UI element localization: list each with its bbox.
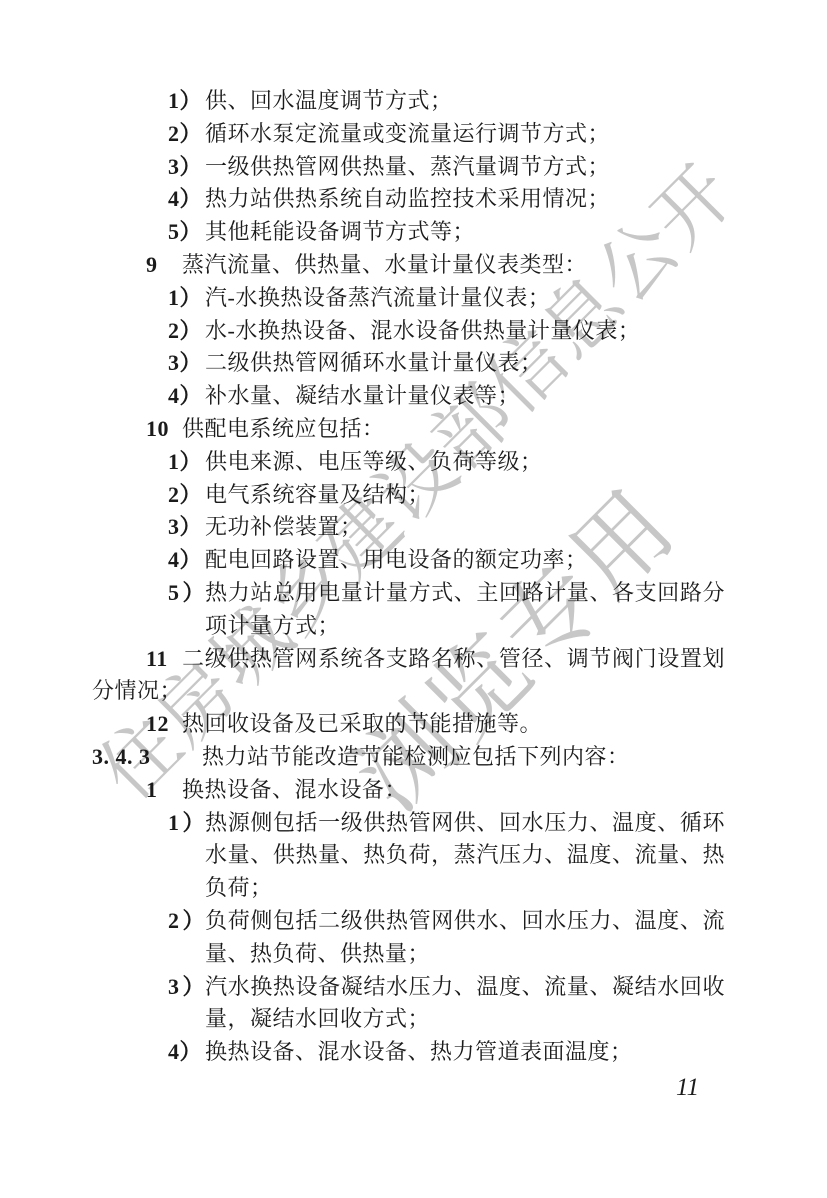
item-number: 1） [168, 807, 205, 840]
line-text: 一级供热管网供热量、蒸汽量调节方式； [205, 154, 610, 179]
doc-line: 4）补水量、凝结水量计量仪表等； [92, 380, 725, 413]
line-text: 补水量、凝结水量计量仪表等； [205, 383, 520, 408]
doc-line: 4）配电回路设置、用电设备的额定功率； [92, 544, 725, 577]
item-number: 2） [168, 479, 205, 512]
item-number: 4） [168, 544, 205, 577]
line-text: 其他耗能设备调节方式等； [205, 219, 475, 244]
item-number: 11 [146, 643, 182, 676]
item-number: 2） [168, 315, 205, 348]
doc-line: 分情况； [92, 675, 725, 708]
doc-line: 12热回收设备及已采取的节能措施等。 [92, 708, 725, 741]
item-number: 3） [168, 151, 205, 184]
doc-line: 11二级供热管网系统各支路名称、管径、调节阀门设置划 [92, 643, 725, 676]
doc-line: 项计量方式； [92, 610, 725, 643]
line-text: 循环水泵定流量或变流量运行调节方式； [205, 121, 610, 146]
line-text: 热力站总用电量计量方式、主回路计量、各支回路分 [205, 580, 725, 605]
item-number: 12 [146, 708, 182, 741]
doc-line: 2）负荷侧包括二级供热管网供水、回水压力、温度、流 [92, 905, 725, 938]
line-text: 热力站供热系统自动监控技术采用情况； [205, 186, 610, 211]
item-number: 1） [168, 282, 205, 315]
doc-line: 9蒸汽流量、供热量、水量计量仪表类型： [92, 249, 725, 282]
clause-text-block: 1）供、回水温度调节方式； 2）循环水泵定流量或变流量运行调节方式； 3）一级供… [92, 85, 725, 1069]
line-text: 电气系统容量及结构； [205, 482, 430, 507]
line-text: 无功补偿装置； [205, 514, 363, 539]
line-text: 汽水换热设备凝结水压力、温度、流量、凝结水回收 [205, 974, 725, 999]
line-text: 配电回路设置、用电设备的额定功率； [205, 547, 588, 572]
doc-line: 3）汽水换热设备凝结水压力、温度、流量、凝结水回收 [92, 971, 725, 1004]
doc-line: 3）无功补偿装置； [92, 511, 725, 544]
line-text: 换热设备、混水设备、热力管道表面温度； [205, 1039, 633, 1064]
doc-line: 5）热力站总用电量计量方式、主回路计量、各支回路分 [92, 577, 725, 610]
doc-line: 1）供电来源、电压等级、负荷等级； [92, 446, 725, 479]
item-number: 9 [146, 249, 182, 282]
item-number: 5） [168, 577, 205, 610]
item-number: 1） [168, 446, 205, 479]
line-text: 供、回水温度调节方式； [205, 88, 453, 113]
line-text: 量、热负荷、供热量； [205, 941, 430, 966]
page-number: 11 [676, 1074, 724, 1102]
item-number: 4） [168, 183, 205, 216]
item-number: 5） [168, 216, 205, 249]
doc-line: 负荷； [92, 872, 725, 905]
item-number: 3） [168, 511, 205, 544]
line-text: 水-水换热设备、混水设备供热量计量仪表； [205, 318, 640, 343]
line-text: 二级供热管网循环水量计量仪表； [205, 350, 543, 375]
doc-line: 10供配电系统应包括： [92, 413, 725, 446]
doc-line: 4）换热设备、混水设备、热力管道表面温度； [92, 1036, 725, 1069]
line-text: 汽-水换热设备蒸汽流量计量仪表； [205, 285, 550, 310]
doc-line: 量，凝结水回收方式； [92, 1003, 725, 1036]
doc-line: 1）供、回水温度调节方式； [92, 85, 725, 118]
doc-line: 水量、供热量、热负荷，蒸汽压力、温度、流量、热 [92, 839, 725, 872]
line-text: 项计量方式； [205, 613, 340, 638]
item-number: 2） [168, 118, 205, 151]
doc-line: 2）电气系统容量及结构； [92, 479, 725, 512]
line-text: 热力站节能改造节能检测应包括下列内容： [202, 744, 630, 769]
line-text: 供电来源、电压等级、负荷等级； [205, 449, 543, 474]
doc-line: 1换热设备、混水设备： [92, 774, 725, 807]
doc-line: 5）其他耗能设备调节方式等； [92, 216, 725, 249]
item-number: 3） [168, 347, 205, 380]
line-text: 二级供热管网系统各支路名称、管径、调节阀门设置划 [182, 646, 725, 671]
line-text: 换热设备、混水设备： [182, 777, 407, 802]
line-text: 蒸汽流量、供热量、水量计量仪表类型： [182, 252, 587, 277]
doc-line: 2）水-水换热设备、混水设备供热量计量仪表； [92, 315, 725, 348]
line-text: 水量、供热量、热负荷，蒸汽压力、温度、流量、热 [205, 842, 725, 867]
doc-line: 2）循环水泵定流量或变流量运行调节方式； [92, 118, 725, 151]
doc-line: 量、热负荷、供热量； [92, 938, 725, 971]
line-text: 负荷； [205, 875, 273, 900]
clause-number: 3. 4. 3 [92, 741, 202, 774]
clause-heading-line: 3. 4. 3热力站节能改造节能检测应包括下列内容： [92, 741, 725, 774]
doc-line: 1）汽-水换热设备蒸汽流量计量仪表； [92, 282, 725, 315]
doc-line: 1）热源侧包括一级供热管网供、回水压力、温度、循环 [92, 807, 725, 840]
line-text: 供配电系统应包括： [182, 416, 385, 441]
doc-line: 3）一级供热管网供热量、蒸汽量调节方式； [92, 151, 725, 184]
line-text: 分情况； [92, 678, 182, 703]
line-text: 量，凝结水回收方式； [205, 1006, 430, 1031]
item-number: 4） [168, 380, 205, 413]
line-text: 热回收设备及已采取的节能措施等。 [182, 711, 542, 736]
item-number: 2） [168, 905, 205, 938]
item-number: 1） [168, 85, 205, 118]
line-text: 负荷侧包括二级供热管网供水、回水压力、温度、流 [205, 908, 725, 933]
item-number: 4） [168, 1036, 205, 1069]
doc-line: 3）二级供热管网循环水量计量仪表； [92, 347, 725, 380]
item-number: 10 [146, 413, 182, 446]
item-number: 3） [168, 971, 205, 1004]
line-text: 热源侧包括一级供热管网供、回水压力、温度、循环 [205, 810, 725, 835]
doc-line: 4）热力站供热系统自动监控技术采用情况； [92, 183, 725, 216]
document-page: 住房城乡建设部信息公开 浏览专用 1）供、回水温度调节方式； 2）循环水泵定流量… [0, 0, 827, 1198]
item-number: 1 [146, 774, 182, 807]
